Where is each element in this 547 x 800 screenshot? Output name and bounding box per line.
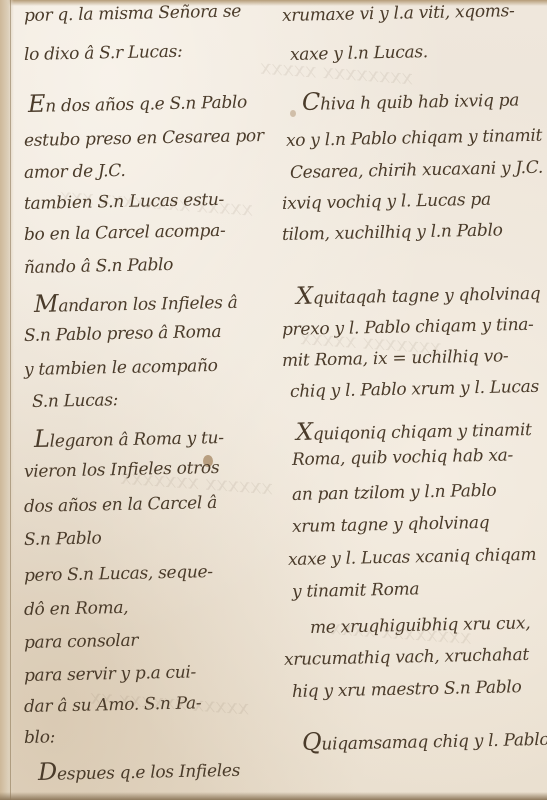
- left-line: y tambien le acompaño: [24, 356, 218, 380]
- left-line: blo:: [24, 727, 56, 748]
- right-line: xrumaxe vi y l.a viti, xqoms-: [282, 1, 515, 26]
- left-line: dos años en la Carcel â: [24, 493, 217, 517]
- right-line: y tinamit Roma: [292, 579, 420, 602]
- right-line: xaxe y l. Lucas xcaniq chiqam: [288, 545, 537, 570]
- left-line: Llegaron â Roma y tu-: [34, 421, 224, 453]
- right-line: xo y l.n Pablo chiqam y tinamit: [286, 126, 542, 151]
- left-line: tambien S.n Lucas estu-: [24, 190, 224, 214]
- right-line: hiq y xru maestro S.n Pablo: [292, 677, 522, 702]
- right-line: me xruqhiguibhiq xru cux,: [310, 613, 531, 638]
- margin-rule: [10, 0, 11, 800]
- left-line: S.n Pablo: [24, 528, 102, 550]
- left-line: dar â su Amo. S.n Pa-: [24, 693, 202, 717]
- left-line: lo dixo â S.r Lucas:: [24, 42, 183, 65]
- page-binding-edge: [0, 0, 14, 800]
- left-line: por q. la misma Señora se: [24, 1, 241, 26]
- left-line: para servir y p.a cui-: [24, 662, 196, 686]
- manuscript-page: xxxxxxxx xxxxx xxxxx xxxxxxxx xxx xxxxxx…: [0, 0, 547, 800]
- left-line: Mandaron los Infieles â: [34, 286, 238, 318]
- left-line: ñando â S.n Pablo: [24, 255, 174, 278]
- left-line: vieron los Infieles otros: [24, 458, 220, 482]
- right-line: ixviq vochiq y l. Lucas pa: [282, 190, 491, 214]
- right-line: xrucumathiq vach, xruchahat: [284, 645, 529, 670]
- ink-stain: [290, 110, 296, 117]
- right-line: an pan tzilom y l.n Pablo: [292, 481, 497, 505]
- left-line: Despues q.e los Infieles: [38, 754, 241, 786]
- right-line: Quiqamsamaq chiq y l. Pablo: [302, 723, 547, 756]
- left-line: S.n Lucas:: [32, 390, 119, 412]
- left-line: bo en la Carcel acompa-: [24, 221, 226, 245]
- page-bottom-edge: [0, 792, 547, 800]
- left-line: estubo preso en Cesarea por: [24, 126, 264, 151]
- right-line: Xquiqoniq chiqam y tinamit: [296, 413, 532, 446]
- left-line: pero S.n Lucas, seque-: [24, 562, 213, 586]
- right-line: prexo y l. Pablo chiqam y tina-: [282, 315, 534, 340]
- right-line: Chiva h quib hab ixviq pa: [302, 83, 520, 116]
- left-line: S.n Pablo preso â Roma: [24, 322, 222, 346]
- right-line: Cesarea, chirih xucaxani y J.C.: [290, 158, 543, 183]
- right-line: Xquitaqah tagne y qholvinaq: [296, 277, 541, 310]
- left-line: para consolar: [24, 631, 139, 653]
- right-line: xaxe y l.n Lucas.: [290, 42, 428, 65]
- right-line: Roma, quib vochiq hab xa-: [292, 445, 513, 470]
- right-line: mit Roma, ix = uchilhiq vo-: [282, 346, 509, 371]
- left-line: En dos años q.e S.n Pablo: [28, 85, 248, 118]
- right-line: chiq y l. Pablo xrum y l. Lucas: [290, 377, 539, 402]
- left-line: dô en Roma,: [24, 598, 129, 620]
- right-line: xrum tagne y qholvinaq: [292, 513, 490, 537]
- right-line: tilom, xuchilhiq y l.n Pablo: [282, 220, 503, 245]
- left-line: amor de J.C.: [24, 161, 126, 183]
